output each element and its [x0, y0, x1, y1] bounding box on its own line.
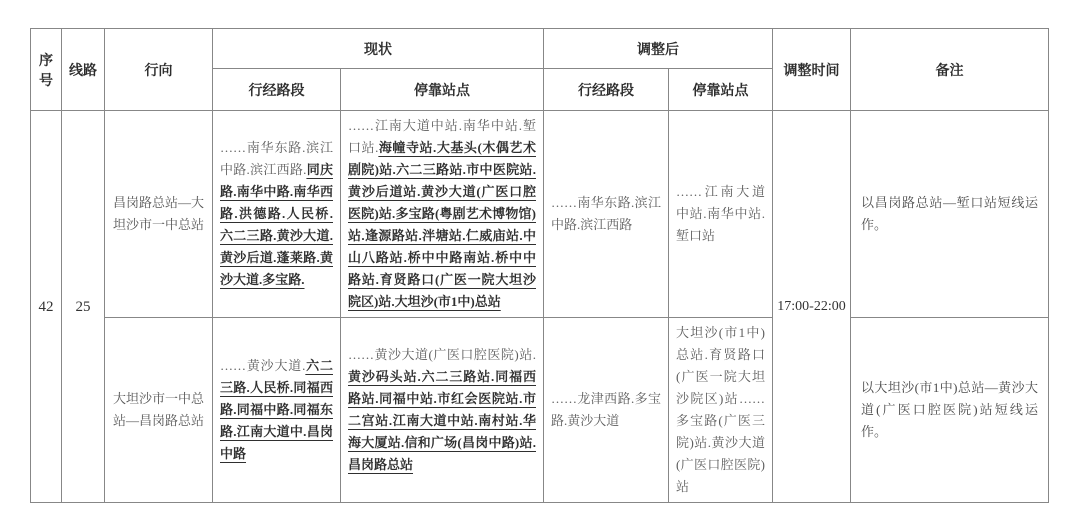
- adjusted-stops-2-text: 大坦沙(市1中)总站.育贤路口(广医一院大坦沙院区)站……多宝路(广医三院)站.…: [676, 325, 765, 494]
- cell-adjust-time: 17:00-22:00: [773, 111, 851, 503]
- header-adjusted-route: 行经路段: [544, 69, 669, 111]
- header-line: 线路: [62, 29, 105, 111]
- header-adjusted-group: 调整后: [544, 29, 773, 69]
- cell-current-stops-1: ……江南大道中站.南华中站.堑口站.海幢寺站.大基头(木偶艺术剧院)站.六二三路…: [341, 111, 544, 318]
- adjusted-stops-1-text: ……江南大道中站.南华中站.堑口站: [676, 184, 765, 243]
- header-direction: 行向: [105, 29, 213, 111]
- header-current-group: 现状: [213, 29, 544, 69]
- cell-remark-1: 以昌岗路总站—堑口站短线运作。: [851, 111, 1049, 318]
- cell-line: 25: [62, 111, 105, 503]
- cell-direction-2: 大坦沙市一中总站—昌岗路总站: [105, 318, 213, 503]
- cell-adjusted-route-1: ……南华东路.滨江中路.滨江西路: [544, 111, 669, 318]
- cell-current-route-2: ……黄沙大道.六二三路.人民桥.同福西路.同福中路.同福东路.江南大道中.昌岗中…: [213, 318, 341, 503]
- header-adjusted-stops: 停靠站点: [669, 69, 773, 111]
- adjusted-route-1-text: ……南华东路.滨江中路.滨江西路: [551, 195, 661, 232]
- header-seq: 序号: [31, 29, 62, 111]
- data-row-direction-1: 42 25 昌岗路总站—大坦沙市一中总站 ……南华东路.滨江中路.滨江西路.同庆…: [31, 111, 1049, 318]
- data-row-direction-2: 大坦沙市一中总站—昌岗路总站 ……黄沙大道.六二三路.人民桥.同福西路.同福中路…: [31, 318, 1049, 503]
- header-current-stops: 停靠站点: [341, 69, 544, 111]
- cell-direction-1: 昌岗路总站—大坦沙市一中总站: [105, 111, 213, 318]
- current-route-2-underlined: 六二三路.人民桥.同福西路.同福中路.同福东路.江南大道中.昌岗中路: [220, 358, 333, 461]
- current-stops-1-underlined: 海幢寺站.大基头(木偶艺术剧院)站.六二三路站.市中医院站.黄沙后道站.黄沙大道…: [348, 140, 536, 309]
- bus-route-adjustment-page: 序号 线路 行向 现状 调整后 调整时间 备注 行经路段 停靠站点 行经路段 停…: [0, 0, 1080, 514]
- current-route-2-plain: ……黄沙大道.: [220, 358, 305, 373]
- route-adjustment-table: 序号 线路 行向 现状 调整后 调整时间 备注 行经路段 停靠站点 行经路段 停…: [30, 28, 1049, 503]
- cell-adjusted-stops-2: 大坦沙(市1中)总站.育贤路口(广医一院大坦沙院区)站……多宝路(广医三院)站.…: [669, 318, 773, 503]
- header-row-groups: 序号 线路 行向 现状 调整后 调整时间 备注: [31, 29, 1049, 69]
- current-stops-2-underlined: 黄沙码头站.六二三路站.同福西路站.同福中站.市红会医院站.市二宫站.江南大道中…: [348, 369, 536, 472]
- cell-current-stops-2: ……黄沙大道(广医口腔医院)站.黄沙码头站.六二三路站.同福西路站.同福中站.市…: [341, 318, 544, 503]
- header-adjust-time: 调整时间: [773, 29, 851, 111]
- cell-remark-2: 以大坦沙(市1中)总站—黄沙大道(广医口腔医院)站短线运作。: [851, 318, 1049, 503]
- adjusted-route-2-text: ……龙津西路.多宝路.黄沙大道: [551, 391, 661, 428]
- cell-seq: 42: [31, 111, 62, 503]
- cell-adjusted-stops-1: ……江南大道中站.南华中站.堑口站: [669, 111, 773, 318]
- current-stops-2-plain: ……黄沙大道(广医口腔医院)站.: [348, 347, 536, 362]
- cell-current-route-1: ……南华东路.滨江中路.滨江西路.同庆路.南华中路.南华西路.洪德路.人民桥.六…: [213, 111, 341, 318]
- cell-adjusted-route-2: ……龙津西路.多宝路.黄沙大道: [544, 318, 669, 503]
- header-current-route: 行经路段: [213, 69, 341, 111]
- current-route-1-underlined: 同庆路.南华中路.南华西路.洪德路.人民桥.六二三路.黄沙大道.黄沙后道.蓬莱路…: [220, 162, 333, 287]
- header-remark: 备注: [851, 29, 1049, 111]
